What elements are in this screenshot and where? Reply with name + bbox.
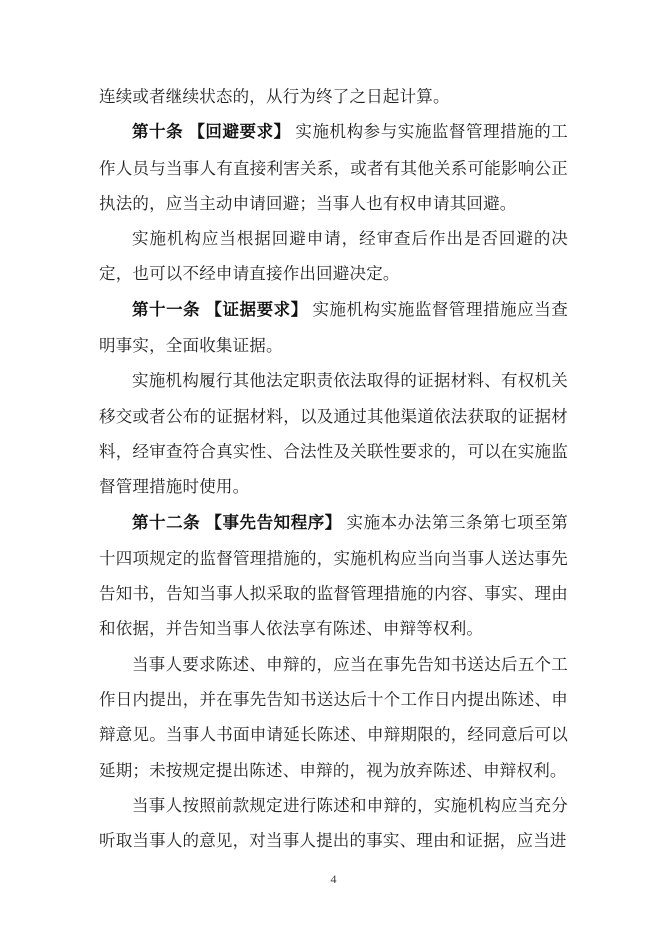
paragraph: 实施机构履行其他法定职责依法取得的证据材料、有权机关移交或者公布的证据材料，以及… (99, 363, 568, 504)
paragraph: 连续或者继续状态的，从行为终了之日起计算。 (99, 79, 568, 114)
article-heading: 第十条 【回避要求】 (132, 123, 291, 141)
document-page: 连续或者继续状态的，从行为终了之日起计算。第十条 【回避要求】 实施机构参与实施… (0, 0, 667, 943)
paragraph: 第十一条 【证据要求】 实施机构实施监督管理措施应当查明事实，全面收集证据。 (99, 292, 568, 364)
paragraph-text: 当事人要求陈述、申辩的，应当在事先告知书送达后五个工作日内提出，并在事先告知书送… (99, 655, 568, 780)
paragraph: 第十二条 【事先告知程序】 实施本办法第三条第七项至第十四项规定的监督管理措施的… (99, 505, 568, 647)
paragraph-text: 连续或者继续状态的，从行为终了之日起计算。 (99, 87, 450, 106)
paragraph-text: 实施机构应当根据回避申请，经审查后作出是否回避的决定，也可以不经申请直接作出回避… (99, 229, 568, 283)
article-heading: 第十二条 【事先告知程序】 (132, 514, 342, 532)
paragraph: 第十条 【回避要求】 实施机构参与实施监督管理措施的工作人员与当事人有直接利害关… (99, 114, 568, 221)
page-number: 4 (331, 872, 337, 886)
page-footer: 4 (0, 872, 667, 886)
paragraph: 当事人要求陈述、申辩的，应当在事先告知书送达后五个工作日内提出，并在事先告知书送… (99, 647, 568, 788)
paragraph-text: 实施机构履行其他法定职责依法取得的证据材料、有权机关移交或者公布的证据材料，以及… (99, 371, 568, 496)
document-body: 连续或者继续状态的，从行为终了之日起计算。第十条 【回避要求】 实施机构参与实施… (99, 79, 568, 859)
article-heading: 第十一条 【证据要求】 (132, 301, 308, 319)
paragraph-text: 当事人按照前款规定进行陈述和申辩的，实施机构应当充分听取当事人的意见，对当事人提… (99, 796, 568, 850)
paragraph: 当事人按照前款规定进行陈述和申辩的，实施机构应当充分听取当事人的意见，对当事人提… (99, 788, 568, 859)
paragraph: 实施机构应当根据回避申请，经审查后作出是否回避的决定，也可以不经申请直接作出回避… (99, 221, 568, 292)
